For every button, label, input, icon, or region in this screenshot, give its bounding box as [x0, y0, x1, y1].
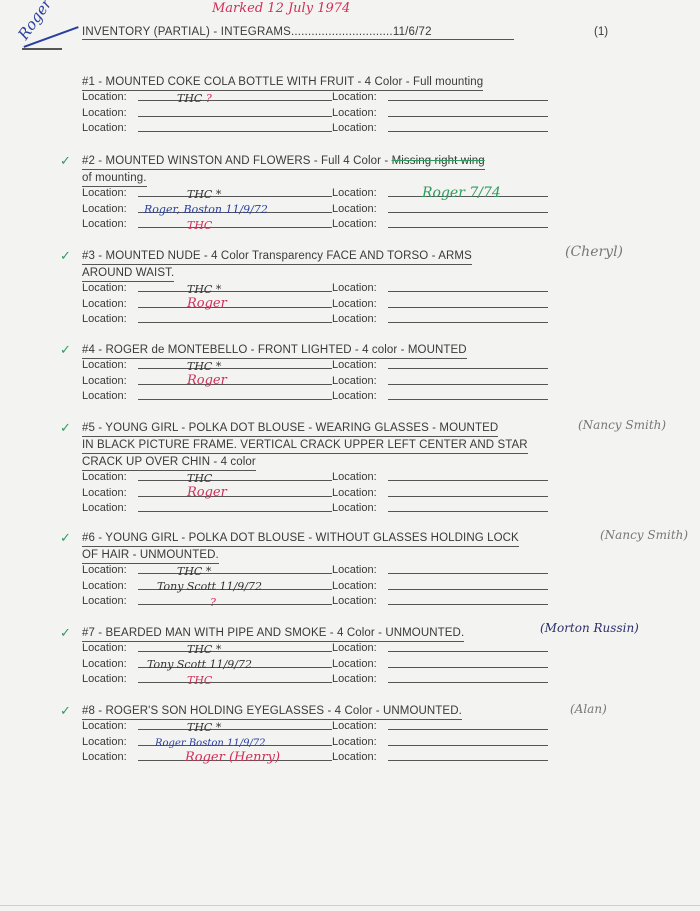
location-field: Location: [332, 122, 388, 134]
location-label: Location: [82, 658, 138, 670]
location-value: THC ? [177, 92, 212, 105]
location-underline [388, 745, 548, 746]
location-field: Location: [332, 720, 388, 732]
inventory-item-6: #6 - YOUNG GIRL - POLKA DOT BLOUSE - WIT… [82, 530, 519, 611]
location-label: Location: [332, 595, 388, 607]
location-field: Location: [332, 471, 388, 483]
location-underline [138, 729, 332, 730]
location-underline [388, 682, 548, 683]
location-field: Location: [82, 720, 138, 732]
location-row: Location: Location: [82, 122, 483, 138]
location-field: Location: [82, 642, 138, 654]
location-underline [388, 399, 548, 400]
location-underline [138, 651, 332, 652]
location-label: Location: [82, 375, 138, 387]
aside-note: (Cheryl) [565, 244, 623, 260]
location-label: Location: [82, 91, 138, 103]
location-field: Location: [332, 751, 388, 763]
location-underline [138, 511, 332, 512]
location-field: Location: [82, 658, 138, 670]
check-mark-icon: ✓ [60, 153, 71, 169]
location-underline [388, 589, 548, 590]
location-underline [138, 227, 332, 228]
location-underline [138, 100, 332, 101]
location-field: Location: [332, 580, 388, 592]
inventory-item-5: #5 - YOUNG GIRL - POLKA DOT BLOUSE - WEA… [82, 420, 528, 518]
location-field: Location: [82, 282, 138, 294]
location-label: Location: [332, 720, 388, 732]
location-field: Location: [332, 390, 388, 402]
page-title: INVENTORY (PARTIAL) - INTEGRAMS.........… [82, 26, 514, 40]
signature-underline [22, 48, 62, 50]
location-row: Location: Location: [82, 107, 483, 123]
location-label: Location: [82, 751, 138, 763]
location-row: Location: Location: THC ? [82, 91, 483, 107]
location-field: Location: [82, 564, 138, 576]
location-field: Location: [332, 487, 388, 499]
location-underline [138, 682, 332, 683]
location-label: Location: [82, 359, 138, 371]
location-label: Location: [332, 658, 388, 670]
location-field: Location: [82, 313, 138, 325]
location-underline [388, 307, 548, 308]
inventory-item-3: #3 - MOUNTED NUDE - 4 Color Transparency… [82, 248, 472, 329]
location-label: Location: [82, 187, 138, 199]
aside-note: (Morton Russin) [540, 621, 639, 635]
location-field: Location: [82, 298, 138, 310]
inventory-item-4: #4 - ROGER de MONTEBELLO - FRONT LIGHTED… [82, 342, 467, 406]
location-underline [138, 384, 332, 385]
location-field: Location: [82, 736, 138, 748]
location-field: Location: [332, 107, 388, 119]
inventory-item-7: #7 - BEARDED MAN WITH PIPE AND SMOKE - 4… [82, 625, 464, 689]
location-label: Location: [332, 313, 388, 325]
location-underline [138, 573, 332, 574]
location-label: Location: [332, 471, 388, 483]
location-row: Location: Location: Roger, Boston 11/9/7… [82, 203, 485, 219]
check-mark-icon: ✓ [60, 248, 71, 264]
location-field: Location: [332, 218, 388, 230]
location-label: Location: [332, 673, 388, 685]
location-underline [388, 100, 548, 101]
location-field: Location: [82, 107, 138, 119]
location-underline [388, 496, 548, 497]
location-label: Location: [332, 359, 388, 371]
location-field: Location: [82, 375, 138, 387]
location-label: Location: [332, 107, 388, 119]
location-field: Location: [332, 91, 388, 103]
location-underline [388, 212, 548, 213]
location-field: Location: [332, 313, 388, 325]
location-label: Location: [82, 298, 138, 310]
item-title-continued: of mounting. [82, 170, 147, 187]
check-mark-icon: ✓ [60, 703, 71, 719]
location-label: Location: [82, 122, 138, 134]
location-underline [138, 307, 332, 308]
location-label: Location: [332, 564, 388, 576]
item-title: #2 - MOUNTED WINSTON AND FLOWERS - Full … [82, 153, 485, 170]
location-field: Location: [82, 203, 138, 215]
check-mark-icon: ✓ [60, 420, 71, 436]
location-label: Location: [82, 673, 138, 685]
location-label: Location: [82, 595, 138, 607]
page-edge [0, 905, 700, 906]
location-field: Location: [332, 673, 388, 685]
location-field: Location: [82, 502, 138, 514]
location-label: Location: [82, 564, 138, 576]
location-label: Location: [332, 502, 388, 514]
aside-note: (Nancy Smith) [578, 418, 666, 432]
location-label: Location: [82, 218, 138, 230]
location-underline [388, 116, 548, 117]
location-field: Location: [332, 187, 388, 199]
location-label: Location: [332, 390, 388, 402]
location-label: Location: [82, 720, 138, 732]
location-underline [138, 604, 332, 605]
location-underline [388, 651, 548, 652]
inventory-item-2: #2 - MOUNTED WINSTON AND FLOWERS - Full … [82, 153, 485, 234]
location-field: Location: [332, 642, 388, 654]
location-label: Location: [332, 282, 388, 294]
location-field: Location: [82, 595, 138, 607]
location-label: Location: [82, 580, 138, 592]
location-label: Location: [82, 642, 138, 654]
location-field: Location: [82, 359, 138, 371]
location-label: Location: [332, 122, 388, 134]
check-mark-icon: ✓ [60, 625, 71, 641]
location-row: Location: Location: THC * Roger 7/74 [82, 187, 485, 203]
location-label: Location: [82, 203, 138, 215]
location-label: Location: [332, 298, 388, 310]
location-row: Location: Location: THC [82, 218, 485, 234]
aside-note: (Alan) [570, 702, 607, 716]
location-field: Location: [332, 502, 388, 514]
location-field: Location: [82, 91, 138, 103]
check-mark-icon: ✓ [60, 342, 71, 358]
location-underline [388, 573, 548, 574]
location-field: Location: [332, 282, 388, 294]
item-title: #1 - MOUNTED COKE COLA BOTTLE WITH FRUIT… [82, 74, 483, 91]
location-underline [138, 496, 332, 497]
location-underline [388, 480, 548, 481]
location-underline [138, 131, 332, 132]
location-underline [138, 291, 332, 292]
location-field: Location: [332, 658, 388, 670]
location-label: Location: [332, 642, 388, 654]
location-underline [138, 196, 332, 197]
location-field: Location: [332, 298, 388, 310]
location-label: Location: [332, 218, 388, 230]
location-underline [388, 729, 548, 730]
location-field: Location: [332, 595, 388, 607]
location-label: Location: [332, 187, 388, 199]
location-label: Location: [82, 107, 138, 119]
location-field: Location: [82, 218, 138, 230]
location-field: Location: [82, 471, 138, 483]
location-underline [388, 131, 548, 132]
location-label: Location: [82, 282, 138, 294]
location-underline [138, 322, 332, 323]
location-label: Location: [82, 487, 138, 499]
location-label: Location: [82, 736, 138, 748]
location-underline [388, 604, 548, 605]
location-underline [138, 480, 332, 481]
location-label: Location: [332, 203, 388, 215]
page-number: (1) [594, 26, 608, 38]
location-field: Location: [332, 203, 388, 215]
check-mark-icon: ✓ [60, 530, 71, 546]
location-underline [138, 368, 332, 369]
location-underline [388, 322, 548, 323]
location-field: Location: [82, 673, 138, 685]
location-field: Location: [82, 122, 138, 134]
location-underline [388, 760, 548, 761]
location-underline [138, 399, 332, 400]
location-field: Location: [332, 375, 388, 387]
location-label: Location: [332, 487, 388, 499]
location-underline [388, 227, 548, 228]
inventory-item-8: #8 - ROGER'S SON HOLDING EYEGLASSES - 4 … [82, 703, 462, 767]
location-label: Location: [332, 736, 388, 748]
location-field: Location: [82, 580, 138, 592]
location-label: Location: [82, 471, 138, 483]
location-field: Location: [82, 487, 138, 499]
location-field: Location: [82, 390, 138, 402]
location-label: Location: [82, 390, 138, 402]
location-underline [388, 511, 548, 512]
inventory-item-1: #1 - MOUNTED COKE COLA BOTTLE WITH FRUIT… [82, 74, 483, 138]
location-underline [138, 116, 332, 117]
location-field: Location: [332, 359, 388, 371]
location-label: Location: [332, 375, 388, 387]
location-label: Location: [82, 502, 138, 514]
document-page: Roger Marked 12 July 1974 INVENTORY (PAR… [0, 0, 700, 911]
location-field: Location: [82, 751, 138, 763]
location-underline [388, 368, 548, 369]
location-underline [388, 667, 548, 668]
marked-note: Marked 12 July 1974 [212, 1, 350, 16]
location-label: Location: [332, 751, 388, 763]
location-field: Location: [332, 564, 388, 576]
location-field: Location: [332, 736, 388, 748]
location-field: Location: [82, 187, 138, 199]
location-label: Location: [332, 91, 388, 103]
location-underline [388, 384, 548, 385]
location-label: Location: [82, 313, 138, 325]
aside-note: (Nancy Smith) [600, 528, 688, 542]
location-label: Location: [332, 580, 388, 592]
location-underline [388, 291, 548, 292]
